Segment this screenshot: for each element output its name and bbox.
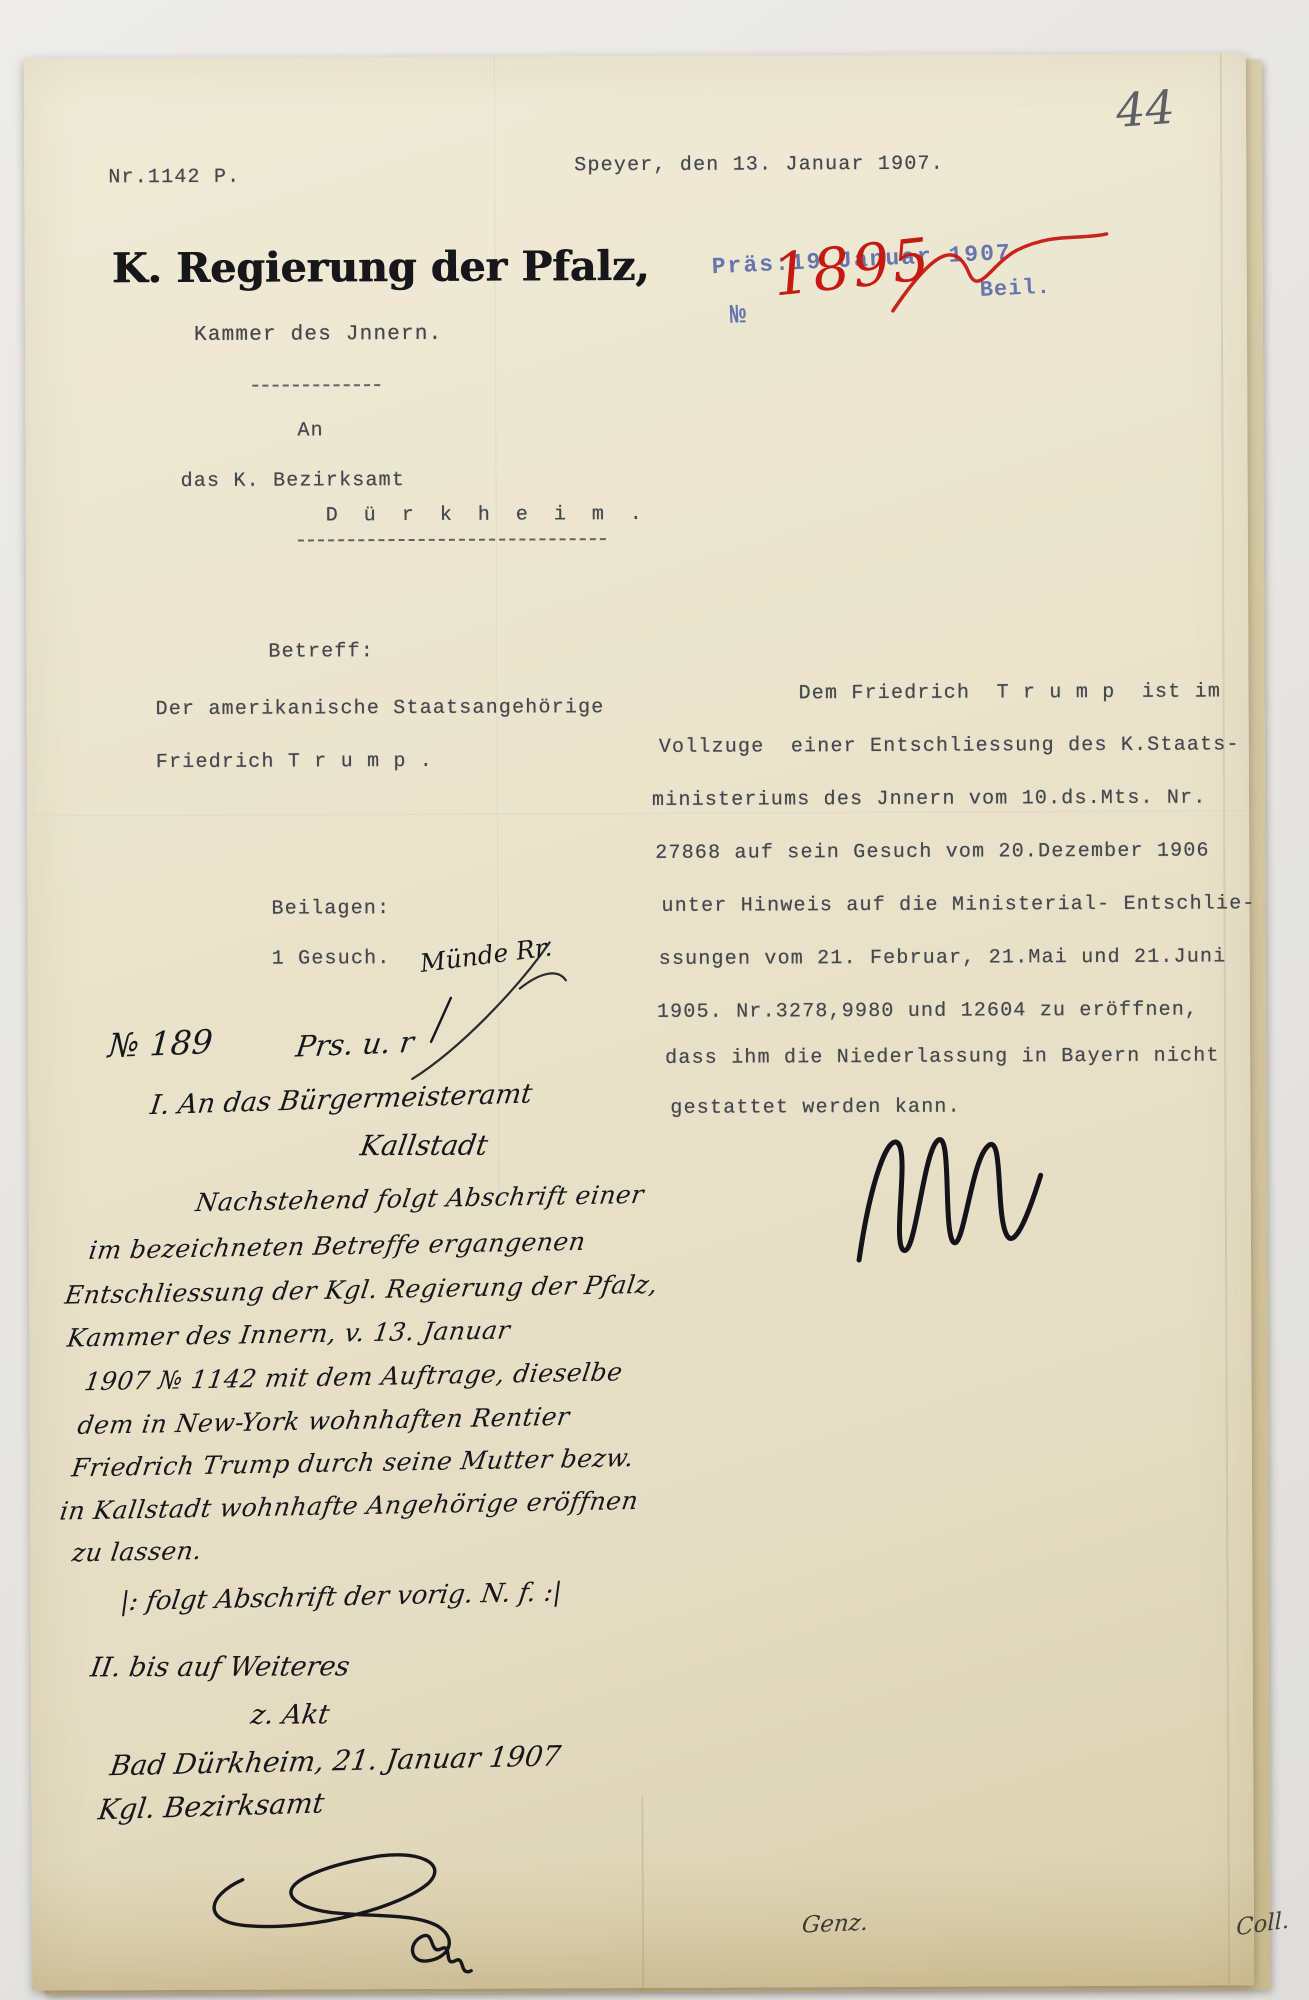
- hw-item-one: I. An das Bürgermeisteramt: [148, 1078, 534, 1121]
- hw-check-stroke: [428, 995, 454, 1045]
- body-line: ssungen vom 21. Februar, 21.Mai und 21.J…: [659, 945, 1227, 970]
- district-office-signature: [176, 1809, 497, 2000]
- registry-stamp-numero-icon: №: [729, 301, 746, 332]
- body-line: 1905. Nr.3278,9980 und 12604 zu eröffnen…: [657, 999, 1198, 1024]
- subject-line-1: Der amerikanische Staatsangehörige: [156, 696, 605, 721]
- hw-paragraph-line: Nachstehend folgt Abschrift einer: [194, 1180, 646, 1217]
- hw-paragraph-line: in Kallstadt wohnhafte Angehörige eröffn…: [58, 1486, 640, 1526]
- body-line: Dem Friedrich T r u m p ist im: [799, 680, 1222, 705]
- hw-paragraph-line: zu lassen.: [70, 1536, 204, 1567]
- recipient-office: das K. Bezirksamt: [181, 469, 406, 493]
- subject-label: Betreff:: [268, 640, 374, 663]
- hw-zu-akt: z. Akt: [249, 1699, 332, 1730]
- hw-item-one-place: Kallstadt: [358, 1129, 490, 1163]
- dateline: Speyer, den 13. Januar 1907.: [574, 153, 944, 178]
- letterhead-subtitle: Kammer des Jnnern.: [194, 323, 443, 347]
- hw-paragraph-line: Friedrich Trump durch seine Mutter bezw.: [70, 1443, 636, 1482]
- recipient-intro: An: [297, 419, 324, 442]
- official-signature: [848, 1109, 1049, 1280]
- folio-number-pencil: 44: [1114, 80, 1176, 138]
- hw-item-two: II. bis auf Weiteres: [88, 1651, 351, 1683]
- horizontal-crease: [27, 810, 1249, 817]
- body-line: ministeriums des Jnnern vom 10.ds.Mts. N…: [652, 787, 1207, 812]
- red-ink-flourish: [885, 224, 1115, 325]
- hw-paragraph-line: dem in New-York wohnhaften Rentier: [76, 1402, 572, 1440]
- hw-paragraph-line: 1907 № 1142 mit dem Auftrage, dieselbe: [83, 1357, 625, 1396]
- document-page: 44 Nr.1142 P. Speyer, den 13. Januar 190…: [24, 53, 1254, 1990]
- photo-of-archival-letter: 44 Nr.1142 P. Speyer, den 13. Januar 190…: [0, 0, 1309, 2000]
- enclosures-label: Beilagen:: [271, 897, 390, 921]
- body-line: unter Hinweis auf die Ministerial- Entsc…: [661, 892, 1255, 918]
- divider-dashes: [252, 384, 380, 387]
- hw-paragraph-line: Kammer des Innern, v. 13. Januar: [65, 1315, 512, 1352]
- enclosures-value: 1 Gesuch.: [272, 947, 391, 971]
- hw-number-note: Prs. u. r: [294, 1025, 416, 1064]
- clerk-initials-flourish: [400, 928, 581, 1099]
- right-edge-fold: [1220, 53, 1230, 1985]
- hw-number-line: № 189: [107, 1022, 214, 1065]
- body-line: 27868 auf sein Gesuch vom 20.Dezember 19…: [655, 840, 1210, 865]
- body-line: Vollzuge einer Entschliessung des K.Staa…: [659, 733, 1240, 759]
- recipient-underline-dashes: [298, 538, 606, 541]
- hw-paragraph-line: Entschliessung der Kgl. Regierung der Pf…: [63, 1270, 659, 1310]
- hw-folgt-line: |: folgt Abschrift der vorig. N. f. :|: [119, 1577, 564, 1617]
- bottom-center-note: Genz.: [801, 1910, 870, 1939]
- reference-number: Nr.1142 P.: [108, 166, 240, 190]
- recipient-town: D ü r k h e i m .: [326, 503, 649, 527]
- letterhead-title: K. Regierung der Pfalz,: [112, 242, 582, 292]
- hw-paragraph-line: im bezeichneten Betreffe ergangenen: [87, 1227, 588, 1265]
- body-line: dass ihm die Niederlassung in Bayern nic…: [665, 1044, 1220, 1069]
- hw-place-date: Bad Dürkheim, 21. Januar 1907: [108, 1739, 563, 1782]
- subject-line-2: Friedrich T r u m p .: [156, 750, 433, 774]
